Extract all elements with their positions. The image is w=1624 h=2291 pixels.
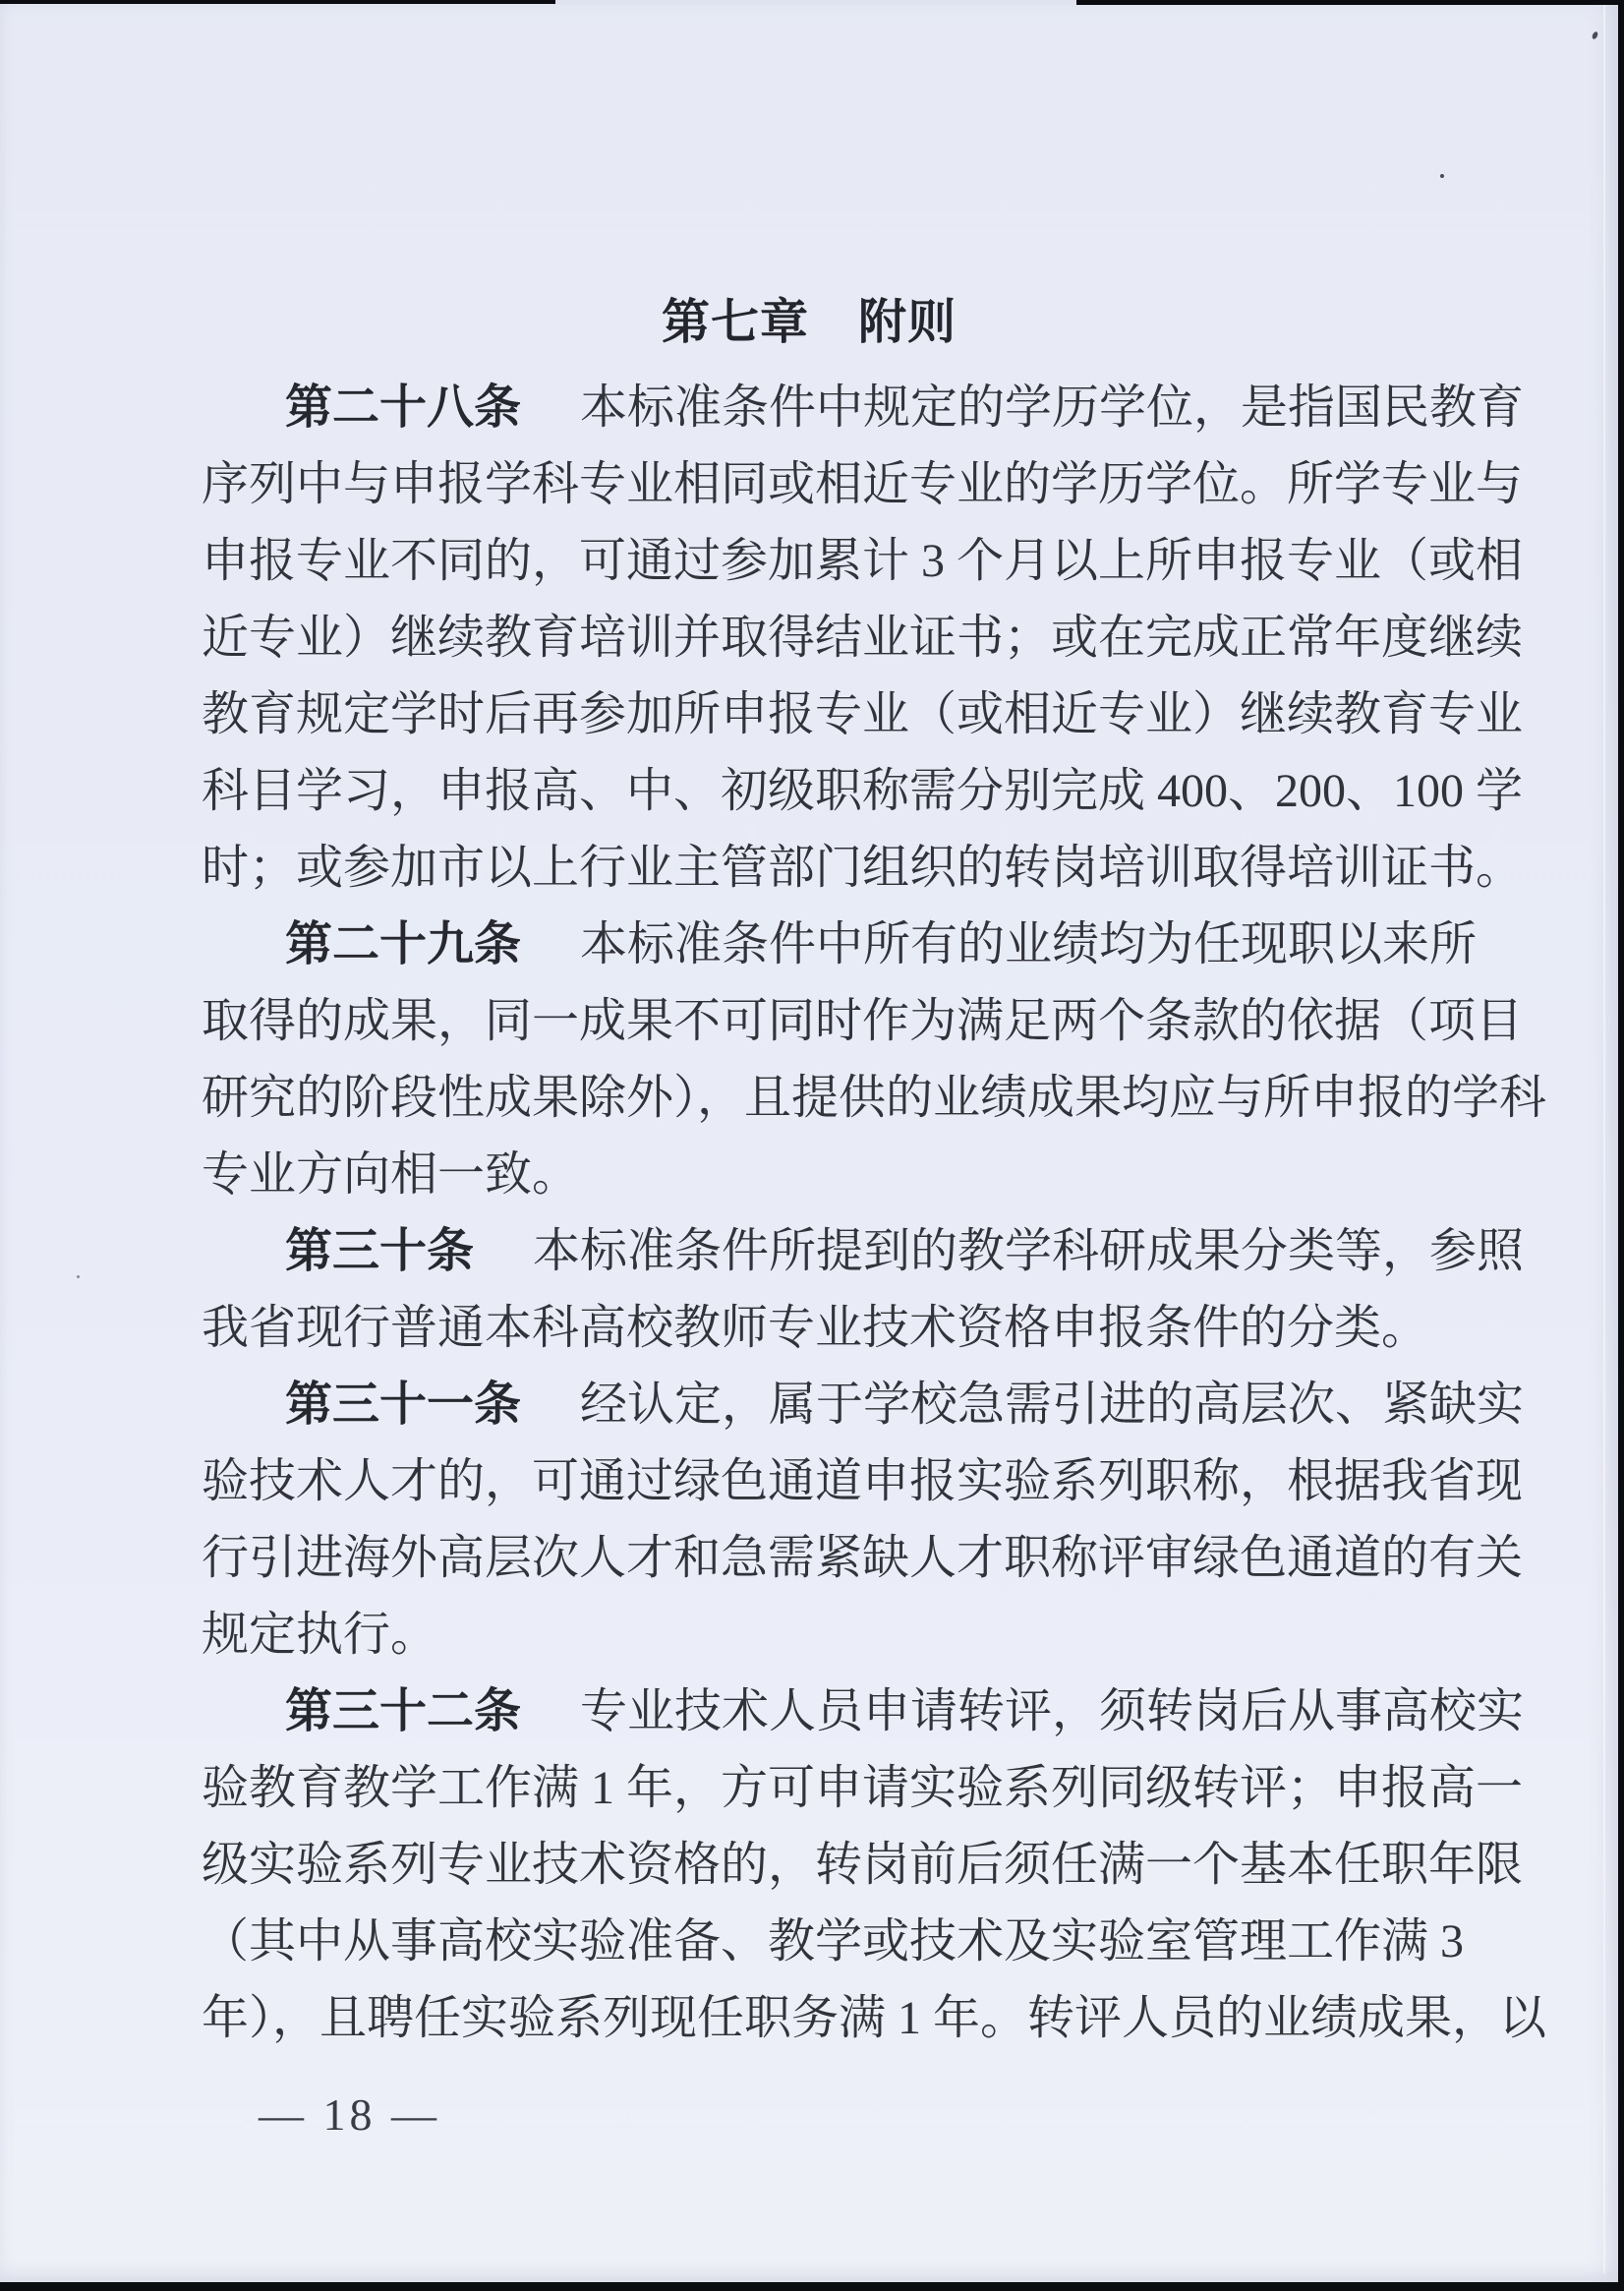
chapter-title: 第七章 附则 <box>0 284 1618 361</box>
article-number: 第三十条 <box>285 1225 474 1277</box>
line-text: 级实验系列专业技术资格的，转岗前后须任满一个基本任职年限 <box>202 1839 1523 1891</box>
line-text: 验技术人才的，可通过绿色通道申报实验系列职称，根据我省现 <box>202 1455 1523 1507</box>
scanner-streak <box>1603 0 1605 2273</box>
scanned-document-page: 第七章 附则 第二十八条本标准条件中规定的学历学位，是指国民教育 序列中与申报学… <box>0 0 1624 2291</box>
article-number: 第三十一条 <box>285 1379 521 1431</box>
body-line: 验教育教学工作满 1 年，方可申请实验系列同级转评；申报高一 <box>202 1750 1509 1827</box>
line-text: 科目学习，申报高、中、初级职称需分别完成 400、200、100 学 <box>202 765 1523 817</box>
body-line: 第三十条本标准条件所提到的教学科研成果分类等，参照 <box>202 1213 1509 1290</box>
line-text: 行引进海外高层次人才和急需紧缺人才职称评审绿色通道的有关 <box>202 1532 1523 1584</box>
body-line: 规定执行。 <box>202 1597 1509 1674</box>
body-line: 研究的阶段性成果除外），且提供的业绩成果均应与所申报的学科 <box>202 1060 1509 1137</box>
line-text: 时；或参加市以上行业主管部门组织的转岗培训取得培训证书。 <box>202 842 1523 894</box>
body-line: 科目学习，申报高、中、初级职称需分别完成 400、200、100 学 <box>202 753 1509 830</box>
line-text: 申报专业不同的，可通过参加累计 3 个月以上所申报专业（或相 <box>202 535 1523 587</box>
line-text: 规定执行。 <box>202 1609 437 1661</box>
body-line: 级实验系列专业技术资格的，转岗前后须任满一个基本任职年限 <box>202 1827 1509 1904</box>
scan-edge-right <box>1618 0 1624 2291</box>
line-text: 本标准条件中规定的学历学位，是指国民教育 <box>580 382 1524 434</box>
body-line: 申报专业不同的，可通过参加累计 3 个月以上所申报专业（或相 <box>202 523 1509 600</box>
body-line: 第二十八条本标准条件中规定的学历学位，是指国民教育 <box>202 370 1509 446</box>
line-text: 本标准条件所提到的教学科研成果分类等，参照 <box>533 1225 1524 1277</box>
document-body: 第二十八条本标准条件中规定的学历学位，是指国民教育 序列中与申报学科专业相同或相… <box>202 370 1509 2057</box>
article-number: 第三十二条 <box>285 1685 521 1737</box>
body-line: 行引进海外高层次人才和急需紧缺人才职称评审绿色通道的有关 <box>202 1520 1509 1597</box>
scan-speck <box>77 1275 80 1278</box>
line-text: 经认定，属于学校急需引进的高层次、紧缺实 <box>580 1379 1524 1431</box>
body-line: （其中从事高校实验准备、教学或技术及实验室管理工作满 3 <box>202 1904 1509 1980</box>
page-number: — 18 — <box>259 2077 440 2153</box>
body-line: 近专业）继续教育培训并取得结业证书；或在完成正常年度继续 <box>202 600 1509 676</box>
line-text: 我省现行普通本科高校教师专业技术资格申报条件的分类。 <box>202 1302 1428 1354</box>
page-paper: 第七章 附则 第二十八条本标准条件中规定的学历学位，是指国民教育 序列中与申报学… <box>0 0 1618 2282</box>
body-line: 第二十九条本标准条件中所有的业绩均为任现职以来所 <box>202 907 1509 983</box>
body-line: 我省现行普通本科高校教师专业技术资格申报条件的分类。 <box>202 1290 1509 1367</box>
scan-edge-top-right <box>1076 0 1624 5</box>
line-text: 本标准条件中所有的业绩均为任现职以来所 <box>580 918 1477 970</box>
scan-speck <box>1440 174 1444 178</box>
body-line: 专业方向相一致。 <box>202 1137 1509 1213</box>
article-number: 第二十九条 <box>285 918 521 970</box>
body-line: 时；或参加市以上行业主管部门组织的转岗培训取得培训证书。 <box>202 830 1509 907</box>
line-text: 研究的阶段性成果除外），且提供的业绩成果均应与所申报的学科 <box>202 1072 1546 1124</box>
body-line: 验技术人才的，可通过绿色通道申报实验系列职称，根据我省现 <box>202 1443 1509 1520</box>
line-text: 取得的成果，同一成果不可同时作为满足两个条款的依据（项目 <box>202 995 1523 1047</box>
body-line: 序列中与申报学科专业相同或相近专业的学历学位。所学专业与 <box>202 446 1509 523</box>
line-text: 年），且聘任实验系列现任职务满 1 年。转评人员的业绩成果，以 <box>202 1992 1546 2044</box>
scan-edge-top-left <box>0 0 555 4</box>
body-line: 取得的成果，同一成果不可同时作为满足两个条款的依据（项目 <box>202 983 1509 1060</box>
line-text: 序列中与申报学科专业相同或相近专业的学历学位。所学专业与 <box>202 458 1523 510</box>
line-text: 教育规定学时后再参加所申报专业（或相近专业）继续教育专业 <box>202 688 1523 740</box>
line-text: 专业方向相一致。 <box>202 1148 579 1201</box>
body-line: 第三十二条专业技术人员申请转评，须转岗后从事高校实 <box>202 1674 1509 1750</box>
article-number: 第二十八条 <box>285 382 521 434</box>
scan-edge-bottom <box>0 2282 1624 2291</box>
line-text: （其中从事高校实验准备、教学或技术及实验室管理工作满 3 <box>202 1915 1464 1968</box>
line-text: 近专业）继续教育培训并取得结业证书；或在完成正常年度继续 <box>202 612 1523 664</box>
body-line: 教育规定学时后再参加所申报专业（或相近专业）继续教育专业 <box>202 676 1509 753</box>
line-text: 专业技术人员申请转评，须转岗后从事高校实 <box>580 1685 1524 1737</box>
line-text: 验教育教学工作满 1 年，方可申请实验系列同级转评；申报高一 <box>202 1762 1523 1814</box>
body-line: 年），且聘任实验系列现任职务满 1 年。转评人员的业绩成果，以 <box>202 1980 1509 2057</box>
body-line: 第三十一条经认定，属于学校急需引进的高层次、紧缺实 <box>202 1367 1509 1443</box>
